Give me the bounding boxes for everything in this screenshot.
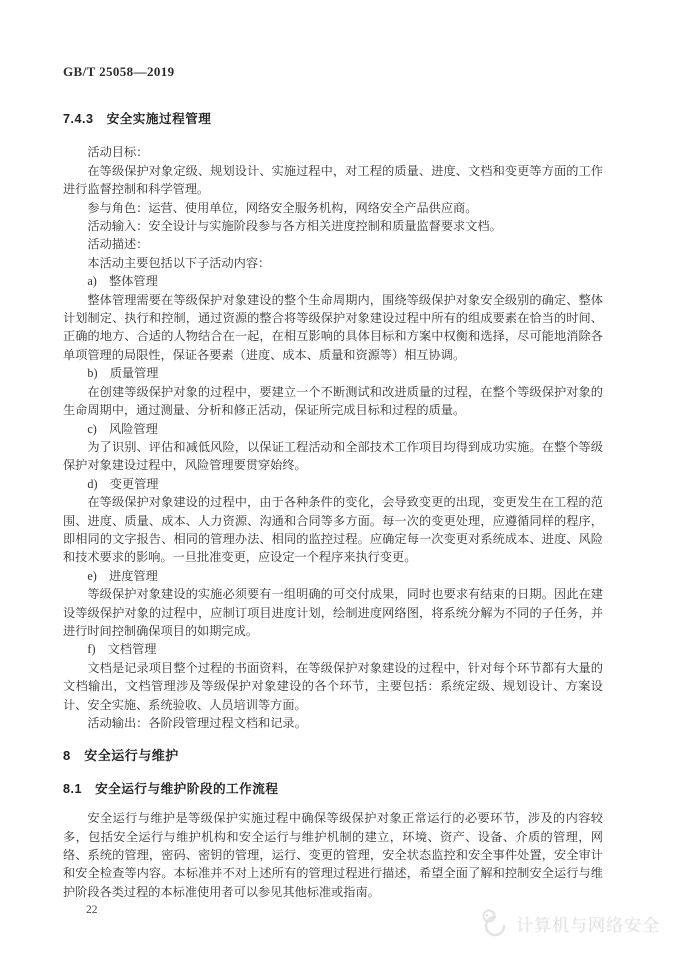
mascot-logo-icon [478,907,510,939]
list-item-c: c) 风险管理 [63,420,603,438]
list-item-e: e) 进度管理 [63,567,603,585]
paragraph-roles: 参与角色：运营、使用单位，网络安全服务机构，网络安全产品供应商。 [63,199,603,217]
paragraph-doc-mgmt: 文档是记录项目整个过程的书面资料，在等级保护对象建设的过程中，针对每个环节都有大… [63,659,603,714]
paragraph-activity-goal-label: 活动目标： [63,143,603,161]
watermark: 计算机与网络安全 [478,907,660,939]
paragraph-risk-mgmt: 为了识别、评估和减低风险，以保证工程活动和全部技术工作项目均得到成功实施。在整个… [63,438,603,475]
list-item-b: b) 质量管理 [63,364,603,382]
paragraph-overall-mgmt: 整体管理需要在等级保护对象建设的整个生命周期内，围绕等级保护对象安全级别的确定、… [63,291,603,365]
list-item-a: a) 整体管理 [63,272,603,290]
paragraph-activity-goal: 在等级保护对象定级、规划设计、实施过程中，对工程的质量、进度、文档和变更等方面的… [63,162,603,199]
document-page: GB/T 25058—2019 7.4.3 安全实施过程管理活动目标：在等级保护… [0,0,677,957]
paragraph-activity-desc: 本活动主要包括以下子活动内容： [63,254,603,272]
section-heading-7-4-3: 7.4.3 安全实施过程管理 [63,110,603,128]
paragraph-change-mgmt: 在等级保护对象建设的过程中，由于各种条件的变化，会导致变更的出现，变更发生在工程… [63,493,603,567]
paragraph-activity-desc-label: 活动描述： [63,235,603,253]
document-body: 7.4.3 安全实施过程管理活动目标：在等级保护对象定级、规划设计、实施过程中，… [63,106,603,920]
section-heading-8: 8 安全运行与维护 [63,747,603,765]
paragraph-activity-output: 活动输出：各阶段管理过程文档和记录。 [63,714,603,732]
list-item-f: f) 文档管理 [63,640,603,658]
standard-code-header: GB/T 25058—2019 [63,64,175,80]
section-heading-8-1: 8.1 安全运行与维护阶段的工作流程 [63,780,603,798]
list-item-d: d) 变更管理 [63,475,603,493]
paragraph-schedule-mgmt: 等级保护对象建设的实施必须要有一组明确的可交付成果，同时也要求有结束的日期。因此… [63,585,603,640]
watermark-label: 计算机与网络安全 [516,911,660,936]
paragraph-operation-maintenance: 安全运行与维护是等级保护实施过程中确保等级保护对象正常运行的必要环节，涉及的内容… [63,809,603,901]
paragraph-activity-input: 活动输入：安全设计与实施阶段参与各方相关进度控制和质量监督要求文档。 [63,217,603,235]
paragraph-quality-mgmt: 在创建等级保护对象的过程中，要建立一个不断测试和改进质量的过程，在整个等级保护对… [63,383,603,420]
